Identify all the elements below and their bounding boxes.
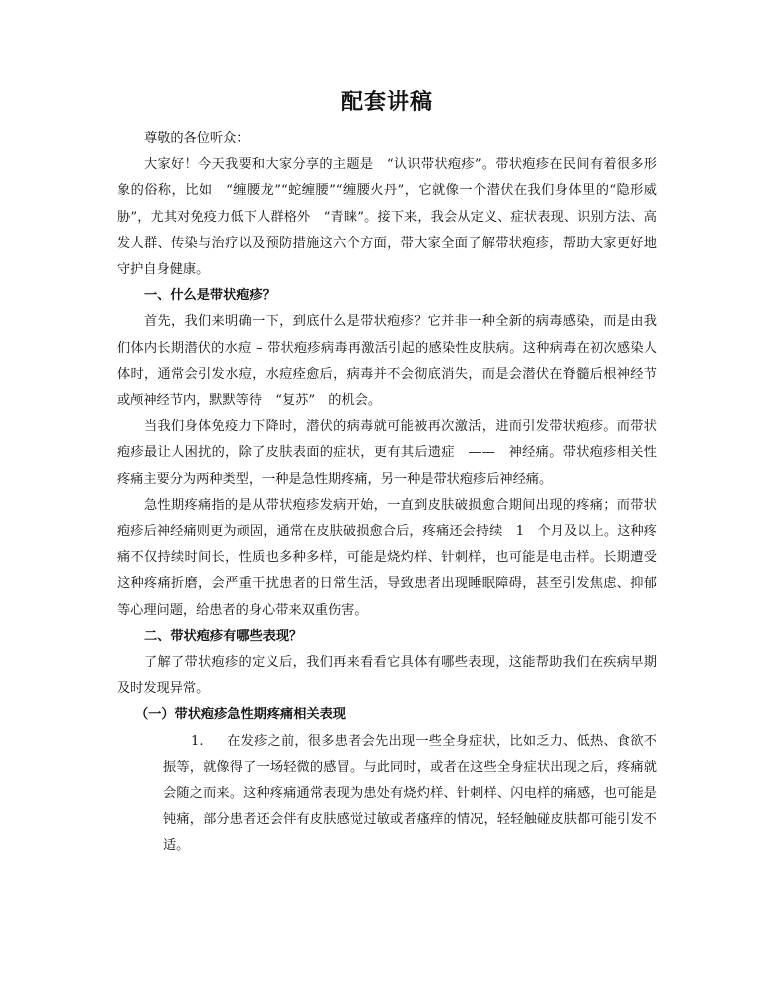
- list-item-number: 1.: [191, 729, 227, 755]
- numbered-list: 1.在发疹之前，很多患者会先出现一些全身症状，比如乏力、低热、食欲不振等，就像得…: [117, 729, 657, 860]
- list-item: 1.在发疹之前，很多患者会先出现一些全身症状，比如乏力、低热、食欲不振等，就像得…: [163, 729, 657, 860]
- document-title: 配套讲稿: [117, 88, 657, 118]
- greeting-paragraph: 尊敬的各位听众：: [117, 126, 657, 152]
- document-page: 配套讲稿 尊敬的各位听众： 大家好！今天我要和大家分享的主题是 “认识带状疱疹”…: [117, 88, 657, 860]
- subsection-heading-acute-pain: （一）带状疱疹急性期疼痛相关表现: [117, 702, 657, 728]
- body-paragraph: 首先，我们来明确一下，到底什么是带状疱疹？它并非一种全新的病毒感染，而是由我们体…: [117, 309, 657, 414]
- list-item-text: 在发疹之前，很多患者会先出现一些全身症状，比如乏力、低热、食欲不振等，就像得了一…: [163, 734, 657, 854]
- section-heading-symptoms: 二、带状疱疹有哪些表现？: [117, 624, 657, 650]
- section-heading-definition: 一、什么是带状疱疹？: [117, 283, 657, 309]
- body-paragraph: 了解了带状疱疹的定义后，我们再来看看它具体有哪些表现，这能帮助我们在疾病早期及时…: [117, 650, 657, 702]
- intro-paragraph: 大家好！今天我要和大家分享的主题是 “认识带状疱疹”。带状疱疹在民间有着很多形象…: [117, 152, 657, 283]
- body-paragraph: 当我们身体免疫力下降时，潜伏的病毒就可能被再次激活，进而引发带状疱疹。而带状疱疹…: [117, 414, 657, 493]
- body-paragraph: 急性期疼痛指的是从带状疱疹发病开始，一直到皮肤破损愈合期间出现的疼痛；而带状疱疹…: [117, 493, 657, 624]
